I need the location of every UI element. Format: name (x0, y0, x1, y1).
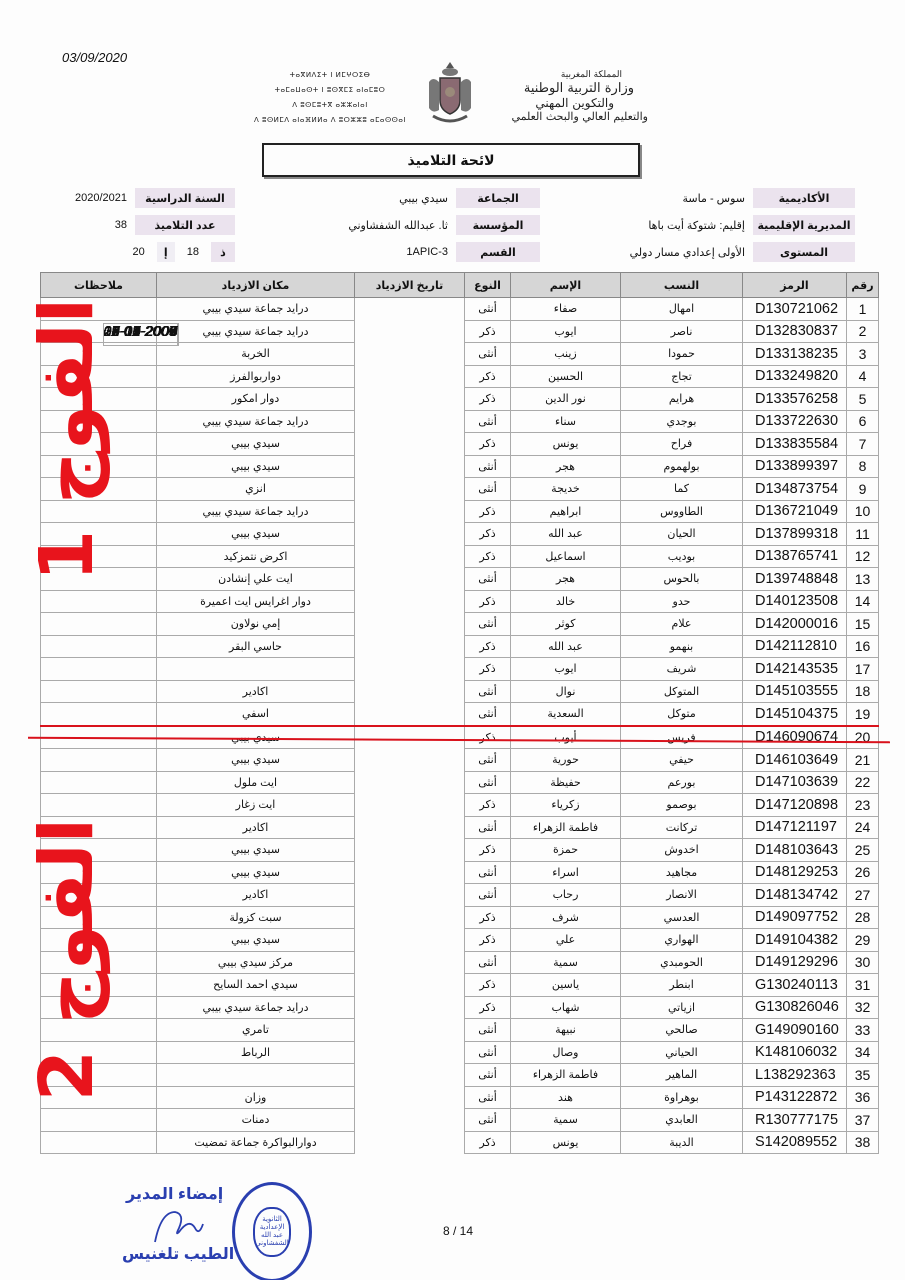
tifinagh-line: ⵜⴰⵎⴰⵡⴰⵙⵜ ⵏ ⵓⵙⴳⵎⵉ ⴰⵏⴰⵎⵓⵔ (245, 83, 415, 98)
birth-place: سبت كزولة (157, 906, 355, 929)
table-row: 17D142143535شريفايوبذكر05-09-2008 (41, 658, 879, 681)
family-name: حدو (621, 590, 743, 613)
gender: أنثى (465, 613, 511, 636)
gender: ذكر (465, 635, 511, 658)
row-number: 2 (847, 320, 879, 343)
info-label: السنة الدراسية (135, 188, 235, 208)
remarks (41, 590, 157, 613)
table-row: 10D136721049الطاووسابراهيمذكر16-01-2008د… (41, 500, 879, 523)
family-name: بوصمو (621, 794, 743, 817)
gender: أنثى (465, 1086, 511, 1109)
birth-place: سيدي بيبي (157, 523, 355, 546)
student-code: D148103643 (743, 839, 847, 862)
column-header: مكان الازدياد (157, 273, 355, 298)
first-name: علي (511, 929, 621, 952)
birth-place: درايد جماعة سيدي بيبي (157, 410, 355, 433)
first-name: حورية (511, 749, 621, 772)
row-number: 7 (847, 433, 879, 456)
gender: ذكر (465, 658, 511, 681)
first-name: هجر (511, 455, 621, 478)
family-name: الحياني (621, 1041, 743, 1064)
table-row: 15D142000016علامكوثرأنثى03-01-2007إمي نو… (41, 613, 879, 636)
first-name: اسماعيل (511, 545, 621, 568)
info-label: الجماعة (456, 188, 540, 208)
family-name: العدسي (621, 906, 743, 929)
table-row: 6D133722630بوجديسناءأنثى18-01-2007درايد … (41, 410, 879, 433)
first-name: أيوب (511, 726, 621, 749)
row-number: 31 (847, 974, 879, 997)
birth-place: تامري (157, 1019, 355, 1042)
student-code: D149097752 (743, 906, 847, 929)
gender: ذكر (465, 839, 511, 862)
column-header: الإسم (511, 273, 621, 298)
table-row: 5D133576258هرايمنور الدينذكر29-10-2007دو… (41, 388, 879, 411)
family-name: كما (621, 478, 743, 501)
birth-place: سيدي بيبي (157, 455, 355, 478)
first-name: كوثر (511, 613, 621, 636)
table-row: 29D149104382الهواريعليذكر09-09-2008سيدي … (41, 929, 879, 952)
table-row: 9D134873754كماخديجةأنثى26-11-2007انزي (41, 478, 879, 501)
row-number: 26 (847, 861, 879, 884)
column-header: رقم (847, 273, 879, 298)
table-header-row: رقمالرمزالنسبالإسمالنوعتاريخ الازديادمكا… (41, 273, 879, 298)
row-number: 32 (847, 996, 879, 1019)
birth-place (157, 1064, 355, 1087)
gender: أنثى (465, 478, 511, 501)
student-code: G130240113 (743, 974, 847, 997)
table-row: 28D149097752العدسيشرفذكر12-03-2008سبت كز… (41, 906, 879, 929)
row-number: 24 (847, 816, 879, 839)
gender: ذكر (465, 996, 511, 1019)
group-2-annotation: الفوج 2 (24, 818, 110, 1068)
first-name: شرف (511, 906, 621, 929)
birth-place: ايت ملول (157, 771, 355, 794)
birth-place: درايد جماعة سيدي بيبي (157, 298, 355, 321)
row-number: 6 (847, 410, 879, 433)
birth-place: مركز سيدي بيبي (157, 951, 355, 974)
info-academy: الأكاديمية سوس - ماسة (675, 188, 855, 208)
first-name: نبيهة (511, 1019, 621, 1042)
ministry-line: وزارة التربية الوطنية (478, 82, 648, 96)
first-name: الحسين (511, 365, 621, 388)
family-name: الحيان (621, 523, 743, 546)
gender: أنثى (465, 816, 511, 839)
table-row: 19D145104375متوكلالسعديةأنثى19-09-2007اس… (41, 703, 879, 726)
birth-place: ايت علي إنشادن (157, 568, 355, 591)
birth-place: إمي نولاون (157, 613, 355, 636)
birth-place: اسفي (157, 703, 355, 726)
student-code: S142089552 (743, 1131, 847, 1154)
stamp-text: الثانوية الإعدادية عبد الله الشفشاوني (253, 1207, 291, 1257)
family-name: حمودا (621, 343, 743, 366)
first-name: ايوب (511, 658, 621, 681)
row-number: 29 (847, 929, 879, 952)
first-name: زكرياء (511, 794, 621, 817)
family-name: بوديب (621, 545, 743, 568)
group-1-annotation: الفوج 1 (24, 298, 110, 548)
row-number: 5 (847, 388, 879, 411)
birth-place: الرباط (157, 1041, 355, 1064)
row-number: 28 (847, 906, 879, 929)
family-name: مجاهيد (621, 861, 743, 884)
row-number: 35 (847, 1064, 879, 1087)
family-name: علام (621, 613, 743, 636)
info-label: عدد التلاميذ (135, 215, 235, 235)
family-name: فراح (621, 433, 743, 456)
table-row: 8D133899397بولهمومهجرأنثى10-02-2008سيدي … (41, 455, 879, 478)
column-header: تاريخ الازدياد (355, 273, 465, 298)
row-number: 27 (847, 884, 879, 907)
birth-place: دوار اغرايس ايت اعميرة (157, 590, 355, 613)
row-number: 23 (847, 794, 879, 817)
row-number: 34 (847, 1041, 879, 1064)
females-value: 20 (121, 246, 157, 258)
table-row: 4D133249820تجاجالحسينذكر23-08-2004دواربو… (41, 365, 879, 388)
student-code: D137899318 (743, 523, 847, 546)
family-name: بوجدي (621, 410, 743, 433)
family-name: تركانت (621, 816, 743, 839)
info-value: 1APIC-3 (398, 246, 456, 258)
ministry-line: المملكة المغربية (478, 68, 648, 82)
gender: ذكر (465, 1131, 511, 1154)
row-number: 4 (847, 365, 879, 388)
row-number: 17 (847, 658, 879, 681)
gender: أنثى (465, 1064, 511, 1087)
student-code: L138292363 (743, 1064, 847, 1087)
gender: ذكر (465, 523, 511, 546)
remarks (41, 613, 157, 636)
row-number: 33 (847, 1019, 879, 1042)
student-code: D146103649 (743, 749, 847, 772)
remarks (41, 794, 157, 817)
row-number: 19 (847, 703, 879, 726)
column-header: النسب (621, 273, 743, 298)
gender: أنثى (465, 1109, 511, 1132)
table-row: 24D147121197تركانتفاطمة الزهراءأنثى12-07… (41, 816, 879, 839)
gender: ذكر (465, 433, 511, 456)
row-number: 12 (847, 545, 879, 568)
family-name: هرايم (621, 388, 743, 411)
females-label: إ (157, 242, 175, 262)
family-name: ناصر (621, 320, 743, 343)
family-name: المتوكل (621, 680, 743, 703)
birth-date: 16-01-2008 (103, 323, 179, 347)
student-code: R130777175 (743, 1109, 847, 1132)
birth-place: اكادير (157, 680, 355, 703)
gender: ذكر (465, 320, 511, 343)
remarks (41, 1109, 157, 1132)
page-title: لائحة التلاميذ (262, 143, 640, 177)
gender: أنثى (465, 771, 511, 794)
student-code: D134873754 (743, 478, 847, 501)
info-label: المؤسسة (456, 215, 540, 235)
birth-place: سيدي بيبي (157, 749, 355, 772)
tifinagh-line: ⴷ ⵓⵙⵎⵓⵜⴳ ⴰⵣⵣⴰⵏⴰⵏ (245, 98, 415, 113)
info-label: القسم (456, 242, 540, 262)
table-row: 27D148134742الانصاررحابأنثى13-01-2009اكا… (41, 884, 879, 907)
family-name: الديبة (621, 1131, 743, 1154)
info-label: المديرية الإقليمية (753, 215, 855, 235)
student-code: D149104382 (743, 929, 847, 952)
info-directorate: المديرية الإقليمية إقليم: شتوكة أيت باها (640, 215, 855, 235)
student-code: D136721049 (743, 500, 847, 523)
row-number: 1 (847, 298, 879, 321)
student-code: D148129253 (743, 861, 847, 884)
row-number: 14 (847, 590, 879, 613)
gender: أنثى (465, 410, 511, 433)
info-school-year: السنة الدراسية 2020/2021 (67, 188, 235, 208)
birth-place: حاسي البقر (157, 635, 355, 658)
gender: ذكر (465, 794, 511, 817)
birth-place: دوار امكور (157, 388, 355, 411)
row-number: 25 (847, 839, 879, 862)
family-name: الماهير (621, 1064, 743, 1087)
family-name: ازياتي (621, 996, 743, 1019)
first-name: سمية (511, 1109, 621, 1132)
row-number: 21 (847, 749, 879, 772)
first-name: حمزة (511, 839, 621, 862)
student-code: D133835584 (743, 433, 847, 456)
remarks (41, 749, 157, 772)
column-header: ملاحظات (41, 273, 157, 298)
row-number: 16 (847, 635, 879, 658)
table-row: 23D147120898بوصموزكرياءذكر15-12-2008ايت … (41, 794, 879, 817)
first-name: شهاب (511, 996, 621, 1019)
family-name: بالحوس (621, 568, 743, 591)
column-header: النوع (465, 273, 511, 298)
column-header: الرمز (743, 273, 847, 298)
gender: ذكر (465, 726, 511, 749)
gender: أنثى (465, 703, 511, 726)
first-name: السعدية (511, 703, 621, 726)
birth-place: سيدي بيبي (157, 839, 355, 862)
student-code: D138765741 (743, 545, 847, 568)
table-row: 26D148129253مجاهيداسراءأنثى08-03-2008سيد… (41, 861, 879, 884)
gender: ذكر (465, 590, 511, 613)
student-code: G149090160 (743, 1019, 847, 1042)
family-name: الانصار (621, 884, 743, 907)
first-name: نوال (511, 680, 621, 703)
gender: أنثى (465, 951, 511, 974)
remarks (41, 635, 157, 658)
family-name: فريس (621, 726, 743, 749)
family-name: بنهمو (621, 635, 743, 658)
first-name: ابراهيم (511, 500, 621, 523)
info-student-count: عدد التلاميذ 38 (107, 215, 235, 235)
first-name: اسراء (511, 861, 621, 884)
birth-place: اكرض نتمزكيد (157, 545, 355, 568)
birth-place: وزان (157, 1086, 355, 1109)
family-name: الهواري (621, 929, 743, 952)
family-name: امهال (621, 298, 743, 321)
student-code: D133899397 (743, 455, 847, 478)
info-value: 2020/2021 (67, 192, 135, 204)
remarks (41, 680, 157, 703)
row-number: 3 (847, 343, 879, 366)
first-name: سناء (511, 410, 621, 433)
birth-place: الخربة (157, 343, 355, 366)
row-number: 38 (847, 1131, 879, 1154)
family-name: صالحي (621, 1019, 743, 1042)
table-row: 1D130721062امهالصفاءأنثى04-09-2007درايد … (41, 298, 879, 321)
info-value: الأولى إعدادي مسار دولي (622, 246, 753, 259)
student-code: D133138235 (743, 343, 847, 366)
first-name: هند (511, 1086, 621, 1109)
student-code: G130826046 (743, 996, 847, 1019)
table-row: 38S142089552الديبةيونسذكر16-01-2008دوارا… (41, 1131, 879, 1154)
student-code: K148106032 (743, 1041, 847, 1064)
table-row: 33G149090160صالحينبيهةأنثى11-01-2009تامر… (41, 1019, 879, 1042)
gender: ذكر (465, 929, 511, 952)
tifinagh-line: ⵜⴰⴳⵍⴷⵉⵜ ⵏ ⵍⵎⵖⵔⵉⴱ (245, 68, 415, 83)
table-row: 22D147103639بورعمحفيظةأنثى26-04-2008ايت … (41, 771, 879, 794)
row-number: 9 (847, 478, 879, 501)
birth-place: دمنات (157, 1109, 355, 1132)
ministry-line: والتعليم العالي والبحث العلمي (478, 110, 648, 124)
birth-place: اكادير (157, 816, 355, 839)
info-value: سوس - ماسة (675, 192, 753, 205)
info-label: الأكاديمية (753, 188, 855, 208)
birth-place: سيدي بيبي (157, 929, 355, 952)
first-name: عبد الله (511, 635, 621, 658)
student-code: D133722630 (743, 410, 847, 433)
info-value: 38 (107, 219, 135, 231)
print-date: 03/09/2020 (62, 50, 127, 65)
gender: ذكر (465, 388, 511, 411)
table-row: 36P143122872بوهراوةهندأنثى07-04-2008وزان (41, 1086, 879, 1109)
row-number: 22 (847, 771, 879, 794)
table-row: 32G130826046ازياتيشهابذكر15-03-2008درايد… (41, 996, 879, 1019)
student-code: D142000016 (743, 613, 847, 636)
birth-place: ايت زغار (157, 794, 355, 817)
family-name: تجاج (621, 365, 743, 388)
student-code: D132830837 (743, 320, 847, 343)
family-name: بولهموم (621, 455, 743, 478)
student-code: D147121197 (743, 816, 847, 839)
family-name: الطاووس (621, 500, 743, 523)
gender: ذكر (465, 500, 511, 523)
table-row: 37R130777175العابديسميةأنثى23-09-2007دمن… (41, 1109, 879, 1132)
table-row: 30D149129296الحومبديسميةأنثى10-04-2008مر… (41, 951, 879, 974)
males-label: ذ (211, 242, 235, 262)
row-number: 37 (847, 1109, 879, 1132)
birth-place (157, 658, 355, 681)
student-code: D142112810 (743, 635, 847, 658)
info-value: سيدي بيبي (391, 192, 456, 205)
info-gender-counts: ذ 18 إ 20 (121, 242, 236, 262)
gender: أنثى (465, 749, 511, 772)
first-name: عبد الله (511, 523, 621, 546)
first-name: ايوب (511, 320, 621, 343)
first-name: صفاء (511, 298, 621, 321)
first-name: خالد (511, 590, 621, 613)
gender: أنثى (465, 1041, 511, 1064)
student-code: D148134742 (743, 884, 847, 907)
info-value: ثا. عبدالله الشفشاوني (340, 219, 456, 232)
first-name: فاطمة الزهراء (511, 1064, 621, 1087)
info-class: القسم 1APIC-3 (398, 242, 540, 262)
info-level: المستوى الأولى إعدادي مسار دولي (622, 242, 855, 262)
family-name: العابدي (621, 1109, 743, 1132)
row-number: 15 (847, 613, 879, 636)
student-code: D139748848 (743, 568, 847, 591)
signature-scribble-icon (150, 1204, 210, 1244)
gender: أنثى (465, 884, 511, 907)
info-label: المستوى (753, 242, 855, 262)
student-code: D149129296 (743, 951, 847, 974)
tifinagh-line: ⴷ ⵓⵙⵍⵎⴷ ⴰⵏⴰⴼⵍⵍⴰ ⴷ ⵓⵔⵣⵣⵓ ⴰⵎⴰⵙⵙⴰⵏ (245, 113, 415, 128)
table-row: 34K148106032الحيانيوصالأنثى07-05-2009الر… (41, 1041, 879, 1064)
family-name: الحومبدي (621, 951, 743, 974)
info-school: المؤسسة ثا. عبدالله الشفشاوني (340, 215, 540, 235)
table-row: 35L138292363الماهيرفاطمة الزهراءأنثى13-0… (41, 1064, 879, 1087)
student-code: D130721062 (743, 298, 847, 321)
birth-place: انزي (157, 478, 355, 501)
row-number: 30 (847, 951, 879, 974)
ministry-line: والتكوين المهني (478, 96, 648, 110)
student-code: D147120898 (743, 794, 847, 817)
student-code: D145103555 (743, 680, 847, 703)
table-body: 1D130721062امهالصفاءأنثى04-09-2007درايد … (41, 298, 879, 1154)
birth-place: سيدي بيبي (157, 861, 355, 884)
row-number: 18 (847, 680, 879, 703)
first-name: يونس (511, 433, 621, 456)
first-name: هجر (511, 568, 621, 591)
signature-title: إمضاء المدير (126, 1184, 223, 1204)
remarks (41, 703, 157, 726)
ministry-header: المملكة المغربية وزارة التربية الوطنية و… (478, 68, 648, 124)
signature-name: الطيب تلغنيس (122, 1244, 234, 1264)
table-row: 14D140123508حدوخالدذكر10-05-2008دوار اغر… (41, 590, 879, 613)
table-row: 7D133835584فراحيونسذكر02-12-2006سيدي بيب… (41, 433, 879, 456)
gender: ذكر (465, 906, 511, 929)
table-row: 12D138765741بوديباسماعيلذكر09-06-2007اكر… (41, 545, 879, 568)
info-value: إقليم: شتوكة أيت باها (640, 219, 753, 232)
gender: أنثى (465, 343, 511, 366)
family-name: حيفي (621, 749, 743, 772)
birth-place: اكادير (157, 884, 355, 907)
family-name: بوهراوة (621, 1086, 743, 1109)
birth-place: سيدي احمد السايح (157, 974, 355, 997)
birth-place: سيدي بيبي (157, 433, 355, 456)
info-commune: الجماعة سيدي بيبي (391, 188, 540, 208)
gender: أنثى (465, 1019, 511, 1042)
student-code: D133576258 (743, 388, 847, 411)
gender: ذكر (465, 974, 511, 997)
gender: ذكر (465, 365, 511, 388)
coat-of-arms-icon (425, 60, 475, 126)
first-name: نور الدين (511, 388, 621, 411)
birth-place: درايد جماعة سيدي بيبي (157, 996, 355, 1019)
family-name: بورعم (621, 771, 743, 794)
table-row: 31G130240113ابنطرياسينذكر04-01-2006سيدي … (41, 974, 879, 997)
family-name: اخدوش (621, 839, 743, 862)
student-code: D142143535 (743, 658, 847, 681)
row-number: 36 (847, 1086, 879, 1109)
first-name: زينب (511, 343, 621, 366)
student-code: D140123508 (743, 590, 847, 613)
birth-place: دوارالبواكرة جماعة تمضيت (157, 1131, 355, 1154)
student-code: D145104375 (743, 703, 847, 726)
row-number: 11 (847, 523, 879, 546)
first-name: سمية (511, 951, 621, 974)
remarks (41, 1131, 157, 1154)
table-row: 25D148103643اخدوشحمزةذكر29-01-2009سيدي ب… (41, 839, 879, 862)
row-number: 10 (847, 500, 879, 523)
row-number: 13 (847, 568, 879, 591)
table-row: 21D146103649حيفيحوريةأنثى07-06-2008سيدي … (41, 749, 879, 772)
page-indicator: 8 / 14 (443, 1224, 473, 1238)
